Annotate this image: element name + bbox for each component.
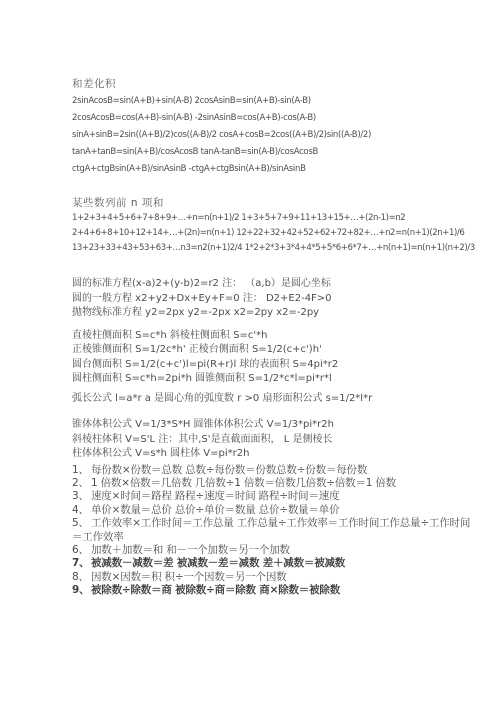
section-title: 某些数列前 n 项和 <box>72 196 480 211</box>
list-item-text: 加数＋加数＝和 和－一个加数＝另一个加数 <box>91 544 290 556</box>
formula-line: 圆柱侧面积 S=c*h=2pi*h 圆锥侧面积 S=1/2*c*l=pi*r*l <box>72 372 480 387</box>
formula-line: 13+23+33+43+53+63+…n3=n2(n+1)2/4 1*2+2*3… <box>72 241 480 256</box>
list-item-number: 2、 <box>72 477 91 490</box>
formula-line: 圆台侧面积 S=1/2(c+c')l=pi(R+r)l 球的表面积 S=4pi*… <box>72 358 480 373</box>
section-sum-to-product: 和差化积 2sinAcosB=sin(A+B)+sin(A-B) 2cosAsi… <box>72 76 480 178</box>
arithmetic-rules-list: 1、每份数×份数＝总数 总数÷每份数＝份数总数÷份数＝每份数 2、1 倍数×倍数… <box>72 464 476 598</box>
list-item-number: 3、 <box>72 490 91 503</box>
section-arc-length: 弧长公式 l=a*r a 是圆心角的弧度数 r >0 扇形面积公式 s=1/2*… <box>72 392 480 407</box>
formula-line: 正棱锥侧面积 S=1/2c*h' 正棱台侧面积 S=1/2(c+c')h' <box>72 343 480 358</box>
list-item-number: 9、 <box>72 584 91 597</box>
list-item: 8、因数×因数＝积 积÷一个因数＝另一个因数 <box>72 571 476 584</box>
list-item-text: 每份数×份数＝总数 总数÷每份数＝份数总数÷份数＝每份数 <box>91 464 367 476</box>
list-item-number: 4、 <box>72 504 91 517</box>
formula-line: 锥体体积公式 V=1/3*S*H 圆锥体体积公式 V=1/3*pi*r2h <box>72 418 480 433</box>
section-circle-equations: 圆的标准方程(x-a)2+(y-b)2=r2 注： （a,b）是圆心坐标 圆的一… <box>72 277 480 321</box>
formula-line: sinA+sinB=2sin((A+B)/2)cos((A-B)/2 cosA+… <box>72 127 480 144</box>
formula-line: 抛物线标准方程 y2=2px y2=-2px x2=2py x2=-2py <box>72 306 480 321</box>
list-item-text: 因数×因数＝积 积÷一个因数＝另一个因数 <box>91 571 286 583</box>
formula-line: 圆的标准方程(x-a)2+(y-b)2=r2 注： （a,b）是圆心坐标 <box>72 277 480 292</box>
list-item-text: 被减数－减数＝差 被减数－差＝减数 差＋减数＝被减数 <box>91 557 345 569</box>
list-item: 2、1 倍数×倍数＝几倍数 几倍数÷1 倍数＝倍数几倍数÷倍数＝1 倍数 <box>72 477 476 490</box>
document-page: 和差化积 2sinAcosB=sin(A+B)+sin(A-B) 2cosAsi… <box>0 0 500 708</box>
list-item-text: 工作效率×工作时间＝工作总量 工作总量÷工作效率＝工作时间工作总量÷工作时间＝工… <box>72 517 470 542</box>
formula-line: 1+2+3+4+5+6+7+8+9+…+n=n(n+1)/2 1+3+5+7+9… <box>72 211 480 226</box>
list-item-text: 1 倍数×倍数＝几倍数 几倍数÷1 倍数＝倍数几倍数÷倍数＝1 倍数 <box>91 477 396 489</box>
list-item: 1、每份数×份数＝总数 总数÷每份数＝份数总数÷份数＝每份数 <box>72 464 476 477</box>
formula-line: tanA+tanB=sin(A+B)/cosAcosB tanA-tanB=si… <box>72 144 480 161</box>
formula-line: 2cosAcosB=cos(A+B)-sin(A-B) -2sinAsinB=c… <box>72 110 480 127</box>
list-item: 3、速度×时间＝路程 路程÷速度＝时间 路程÷时间＝速度 <box>72 490 476 503</box>
section-title: 和差化积 <box>72 76 480 93</box>
formula-line: 圆的一般方程 x2+y2+Dx+Ey+F=0 注： D2+E2-4F>0 <box>72 292 480 307</box>
formula-line: 2sinAcosB=sin(A+B)+sin(A-B) 2cosAsinB=si… <box>72 93 480 110</box>
list-item: 5、工作效率×工作时间＝工作总量 工作总量÷工作效率＝工作时间工作总量÷工作时间… <box>72 517 476 544</box>
list-item-number: 7、 <box>72 557 91 570</box>
list-item-text: 被除数÷除数＝商 被除数÷商＝除数 商×除数＝被除数 <box>91 584 340 596</box>
list-item: 7、被减数－减数＝差 被减数－差＝减数 差＋减数＝被减数 <box>72 557 476 570</box>
list-item-number: 6、 <box>72 544 91 557</box>
formula-line: 2+4+6+8+10+12+14+…+(2n)=n(n+1) 12+22+32+… <box>72 226 480 241</box>
list-item-text: 速度×时间＝路程 路程÷速度＝时间 路程÷时间＝速度 <box>91 490 339 502</box>
list-item-number: 5、 <box>72 517 91 530</box>
formula-line: 直棱柱侧面积 S=c*h 斜棱柱侧面积 S=c'*h <box>72 329 480 344</box>
list-item: 4、单价×数量＝总价 总价÷单价＝数量 总价÷数量＝单价 <box>72 504 476 517</box>
formula-line: 弧长公式 l=a*r a 是圆心角的弧度数 r >0 扇形面积公式 s=1/2*… <box>72 392 480 407</box>
section-volumes: 锥体体积公式 V=1/3*S*H 圆锥体体积公式 V=1/3*pi*r2h 斜棱… <box>72 418 480 462</box>
formula-line: 斜棱柱体积 V=S'L 注：其中,S'是直截面面积， L 是侧棱长 <box>72 433 480 448</box>
list-item-text: 单价×数量＝总价 总价÷单价＝数量 总价÷数量＝单价 <box>91 504 339 516</box>
list-item-number: 8、 <box>72 571 91 584</box>
section-lateral-areas: 直棱柱侧面积 S=c*h 斜棱柱侧面积 S=c'*h 正棱锥侧面积 S=1/2c… <box>72 329 480 387</box>
formula-line: 柱体体积公式 V=s*h 圆柱体 V=pi*r2h <box>72 447 480 462</box>
formula-line: ctgA+ctgBsin(A+B)/sinAsinB -ctgA+ctgBsin… <box>72 161 480 178</box>
list-item-number: 1、 <box>72 464 91 477</box>
list-item: 9、被除数÷除数＝商 被除数÷商＝除数 商×除数＝被除数 <box>72 584 476 597</box>
list-item: 6、加数＋加数＝和 和－一个加数＝另一个加数 <box>72 544 476 557</box>
section-series-sums: 某些数列前 n 项和 1+2+3+4+5+6+7+8+9+…+n=n(n+1)/… <box>72 196 480 256</box>
